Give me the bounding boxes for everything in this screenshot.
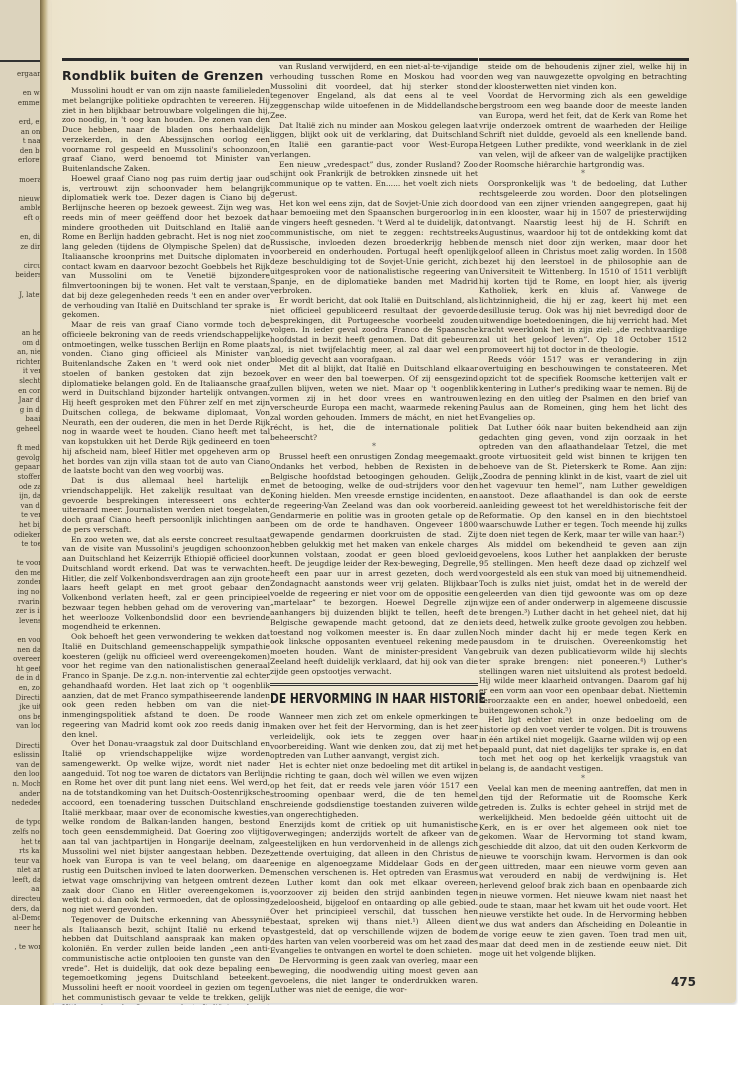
paragraph: Wanneer men zich zet om enkele opmerking… xyxy=(270,712,478,761)
previous-page-line: zer is in xyxy=(0,607,44,617)
previous-page-line xyxy=(0,252,44,262)
previous-page-line: het bij- xyxy=(0,521,44,531)
previous-page-line: ode zal xyxy=(0,483,44,493)
previous-page-line: en, die xyxy=(0,233,44,243)
previous-page-line: van loo- xyxy=(0,722,44,732)
column-top-rule xyxy=(479,58,689,61)
previous-page-line: den bij xyxy=(0,147,44,157)
previous-page-line: ze din- xyxy=(0,243,44,253)
article-hervorming-body-4: Veelal kan men de meening aantreffen, da… xyxy=(479,784,687,960)
paragraph: Maar de reis van graaf Ciano vormde toch… xyxy=(62,320,270,476)
previous-page-line: te voor- xyxy=(0,559,44,569)
previous-page-line: circu- xyxy=(0,262,44,272)
paragraph: Een nieuw „vredespact” dus, zonder Rusla… xyxy=(270,160,478,199)
previous-page-line: overeen- xyxy=(0,655,44,665)
previous-page-line: J, laten xyxy=(0,291,44,301)
paragraph: Het kon wel eens zijn, dat de Sovjet-Uni… xyxy=(270,199,478,297)
previous-page-line xyxy=(0,310,44,320)
previous-page-line: de typo- xyxy=(0,818,44,828)
previous-page-line: andere xyxy=(0,790,44,800)
paragraph: Voordat de Hervorming zich als een gewel… xyxy=(479,91,687,169)
paragraph: Mussolini houdt er van om zijn naaste fa… xyxy=(62,86,270,174)
previous-page-line: ft mede xyxy=(0,444,44,454)
column-1: Rondblik buiten de Grenzen Mussolini hou… xyxy=(62,62,270,1005)
article-title-rondblik: Rondblik buiten de Grenzen xyxy=(62,68,270,84)
paragraph: van Rusland verwijderd, en een niet-al-t… xyxy=(270,62,478,121)
section-rule xyxy=(270,683,478,688)
previous-page-line: ergaan, xyxy=(0,70,44,80)
previous-page-line: ijn, dat xyxy=(0,492,44,502)
column-top-rule xyxy=(62,58,270,61)
previous-page-line: odieken. xyxy=(0,531,44,541)
previous-page-line: gepaard xyxy=(0,463,44,473)
previous-page-line: zelfs nog xyxy=(0,828,44,838)
previous-page-line xyxy=(0,80,44,90)
previous-page-line xyxy=(0,435,44,445)
paragraph: Met dit al blijkt, dat Italië en Duitsch… xyxy=(270,364,478,442)
previous-page-line: te ver- xyxy=(0,511,44,521)
previous-page-line: Directie xyxy=(0,742,44,752)
previous-page-line: zonder- xyxy=(0,578,44,588)
page-475: Rondblik buiten de Grenzen Mussolini hou… xyxy=(52,0,736,1003)
previous-page-line: emmen xyxy=(0,99,44,109)
previous-page-line: n. Mocht xyxy=(0,780,44,790)
previous-page-line xyxy=(0,108,44,118)
paragraph: Als middel om bekendheid te geven aan zi… xyxy=(479,540,687,716)
previous-page-line: nlet an- xyxy=(0,866,44,876)
previous-page-line: de in de xyxy=(0,674,44,684)
previous-page-line: ons be- xyxy=(0,713,44,723)
previous-page-line: van de xyxy=(0,502,44,512)
paragraph: Tegenover de Duitsche erkenning van Abes… xyxy=(62,915,270,1005)
previous-page-line: nededee- xyxy=(0,799,44,809)
previous-page-line: amble- xyxy=(0,204,44,214)
previous-page-line: gevolge xyxy=(0,454,44,464)
previous-page-line: an, niet xyxy=(0,348,44,358)
column-3: steide om de behoudenis zijner ziel, wel… xyxy=(479,62,687,959)
previous-page-line xyxy=(0,300,44,310)
paragraph: Hoewel graaf Ciano nog pas ruim dertig j… xyxy=(62,174,270,320)
paragraph: steide om de behoudenis zijner ziel, wel… xyxy=(479,62,687,91)
previous-page-line: moera- xyxy=(0,176,44,186)
previous-page-line: erloren xyxy=(0,156,44,166)
previous-page-line xyxy=(0,319,44,329)
paragraph: Het is echter niet onze bedoeling met di… xyxy=(270,761,478,820)
paragraph: Het ligt echter niet in onze bedoeling o… xyxy=(479,715,687,774)
previous-page-line: ders, dan xyxy=(0,905,44,915)
previous-page-line xyxy=(0,224,44,234)
article-rondblik-brussels: Brussel heeft een onrustigen Zondag meeg… xyxy=(270,452,478,676)
previous-page-rule xyxy=(0,60,40,62)
previous-page-line: eslissing xyxy=(0,751,44,761)
article-hervorming-body-2: steide om de behoudenis zijner ziel, wel… xyxy=(479,62,687,169)
previous-page-line xyxy=(0,166,44,176)
paragraph: Dat is dus allemaal heel hartelijk en vr… xyxy=(62,476,270,535)
previous-page-line: en, zoo xyxy=(0,684,44,694)
previous-page-line: en con- xyxy=(0,387,44,397)
previous-page-line: levens- xyxy=(0,617,44,627)
paragraph: Veelal kan men de meening aantreffen, da… xyxy=(479,784,687,960)
previous-page-line: directeur xyxy=(0,895,44,905)
previous-page-line: rvaring xyxy=(0,598,44,608)
page-number: 475 xyxy=(671,975,696,989)
previous-page-line: en voor xyxy=(0,636,44,646)
paragraph: En zoo weten we, dat als eerste concreet… xyxy=(62,535,270,633)
previous-page-line: rts kan xyxy=(0,847,44,857)
paragraph: Er wordt bericht, dat ook Italië en Duit… xyxy=(270,296,478,364)
previous-page-line: geheele xyxy=(0,425,44,435)
paragraph: Over het Donau-vraagstuk zal door Duitsc… xyxy=(62,739,270,915)
section-separator: * xyxy=(479,169,687,179)
previous-page-line: om de xyxy=(0,339,44,349)
paragraph: Ook behoeft het geen verwondering te wek… xyxy=(62,632,270,739)
previous-page-line xyxy=(0,732,44,742)
previous-page-line: nieuwe xyxy=(0,195,44,205)
previous-page-line: van den xyxy=(0,761,44,771)
paragraph: De Hervorming is geen zaak van overleg, … xyxy=(270,956,478,995)
previous-page-line: baais xyxy=(0,415,44,425)
previous-page-line: t naar xyxy=(0,137,44,147)
paragraph: Enerzijds komt de critiek op uit humanis… xyxy=(270,820,478,957)
previous-page-line: ing nog xyxy=(0,588,44,598)
previous-page-line: it ver- xyxy=(0,367,44,377)
previous-page-line: slechts xyxy=(0,377,44,387)
previous-page-line: richten, xyxy=(0,358,44,368)
previous-page-line: den met xyxy=(0,569,44,579)
previous-page-line: erd, en xyxy=(0,118,44,128)
article-title-hervorming: DE HERVORMING IN HAAR HISTORIE xyxy=(270,692,441,708)
previous-page-line: aan xyxy=(0,885,44,895)
previous-page-line xyxy=(0,281,44,291)
section-separator: * xyxy=(270,442,478,452)
previous-page-line: en wij xyxy=(0,89,44,99)
article-rondblik-body-2: van Rusland verwijderd, en een niet-al-t… xyxy=(270,62,478,442)
article-rondblik-body-1: Mussolini houdt er van om zijn naaste fa… xyxy=(62,86,270,1005)
previous-page-line: al-Demo- xyxy=(0,914,44,924)
column-top-rule xyxy=(270,58,478,61)
previous-page-line: ht geeft xyxy=(0,665,44,675)
previous-page-line: beiders- xyxy=(0,271,44,281)
previous-page-line: neer het xyxy=(0,924,44,934)
previous-page-line: stoffen. xyxy=(0,473,44,483)
paragraph: Brussel heeft een onrustigen Zondag meeg… xyxy=(270,452,478,676)
previous-page-line: te toe- xyxy=(0,540,44,550)
previous-page-line xyxy=(0,933,44,943)
previous-page-line: Jaar de xyxy=(0,396,44,406)
previous-page-line xyxy=(0,809,44,819)
section-separator: * xyxy=(479,774,687,784)
paragraph: Reeds vóór 1517 was er verandering in zi… xyxy=(479,355,687,423)
article-hervorming-body-1: Wanneer men zich zet om enkele opmerking… xyxy=(270,712,478,995)
previous-page-line xyxy=(0,185,44,195)
previous-page-line xyxy=(0,550,44,560)
article-hervorming-body-3: Oorspronkelijk was 't de bedoeling, dat … xyxy=(479,179,687,774)
paragraph: Dat Luther óók naar buiten bekendheid aa… xyxy=(479,423,687,540)
paragraph: Oorspronkelijk was 't de bedoeling, dat … xyxy=(479,179,687,355)
previous-page-line: leeft, dat xyxy=(0,876,44,886)
previous-page-line: jke uit- xyxy=(0,703,44,713)
paragraph: Dat Italië zich nu minder aan Moskou gel… xyxy=(270,121,478,160)
previous-page-line: het te- xyxy=(0,838,44,848)
previous-page-line: teur van xyxy=(0,857,44,867)
previous-page-line: , te wor- xyxy=(0,943,44,953)
previous-page-line: den loop xyxy=(0,770,44,780)
previous-page-line: eft op xyxy=(0,214,44,224)
previous-page-line: Directie xyxy=(0,694,44,704)
previous-page-line xyxy=(0,626,44,636)
previous-page-line: an het xyxy=(0,329,44,339)
previous-page-text: ergaan,en wijemmenerd, enan onst naarden… xyxy=(0,70,44,953)
previous-page-line: nen dat xyxy=(0,646,44,656)
magazine-spread: ergaan,en wijemmenerd, enan onst naarden… xyxy=(0,0,738,1005)
previous-page-line: g in de xyxy=(0,406,44,416)
column-2: van Rusland verwijderd, en een niet-al-t… xyxy=(270,62,478,995)
previous-page-line: an ons xyxy=(0,128,44,138)
